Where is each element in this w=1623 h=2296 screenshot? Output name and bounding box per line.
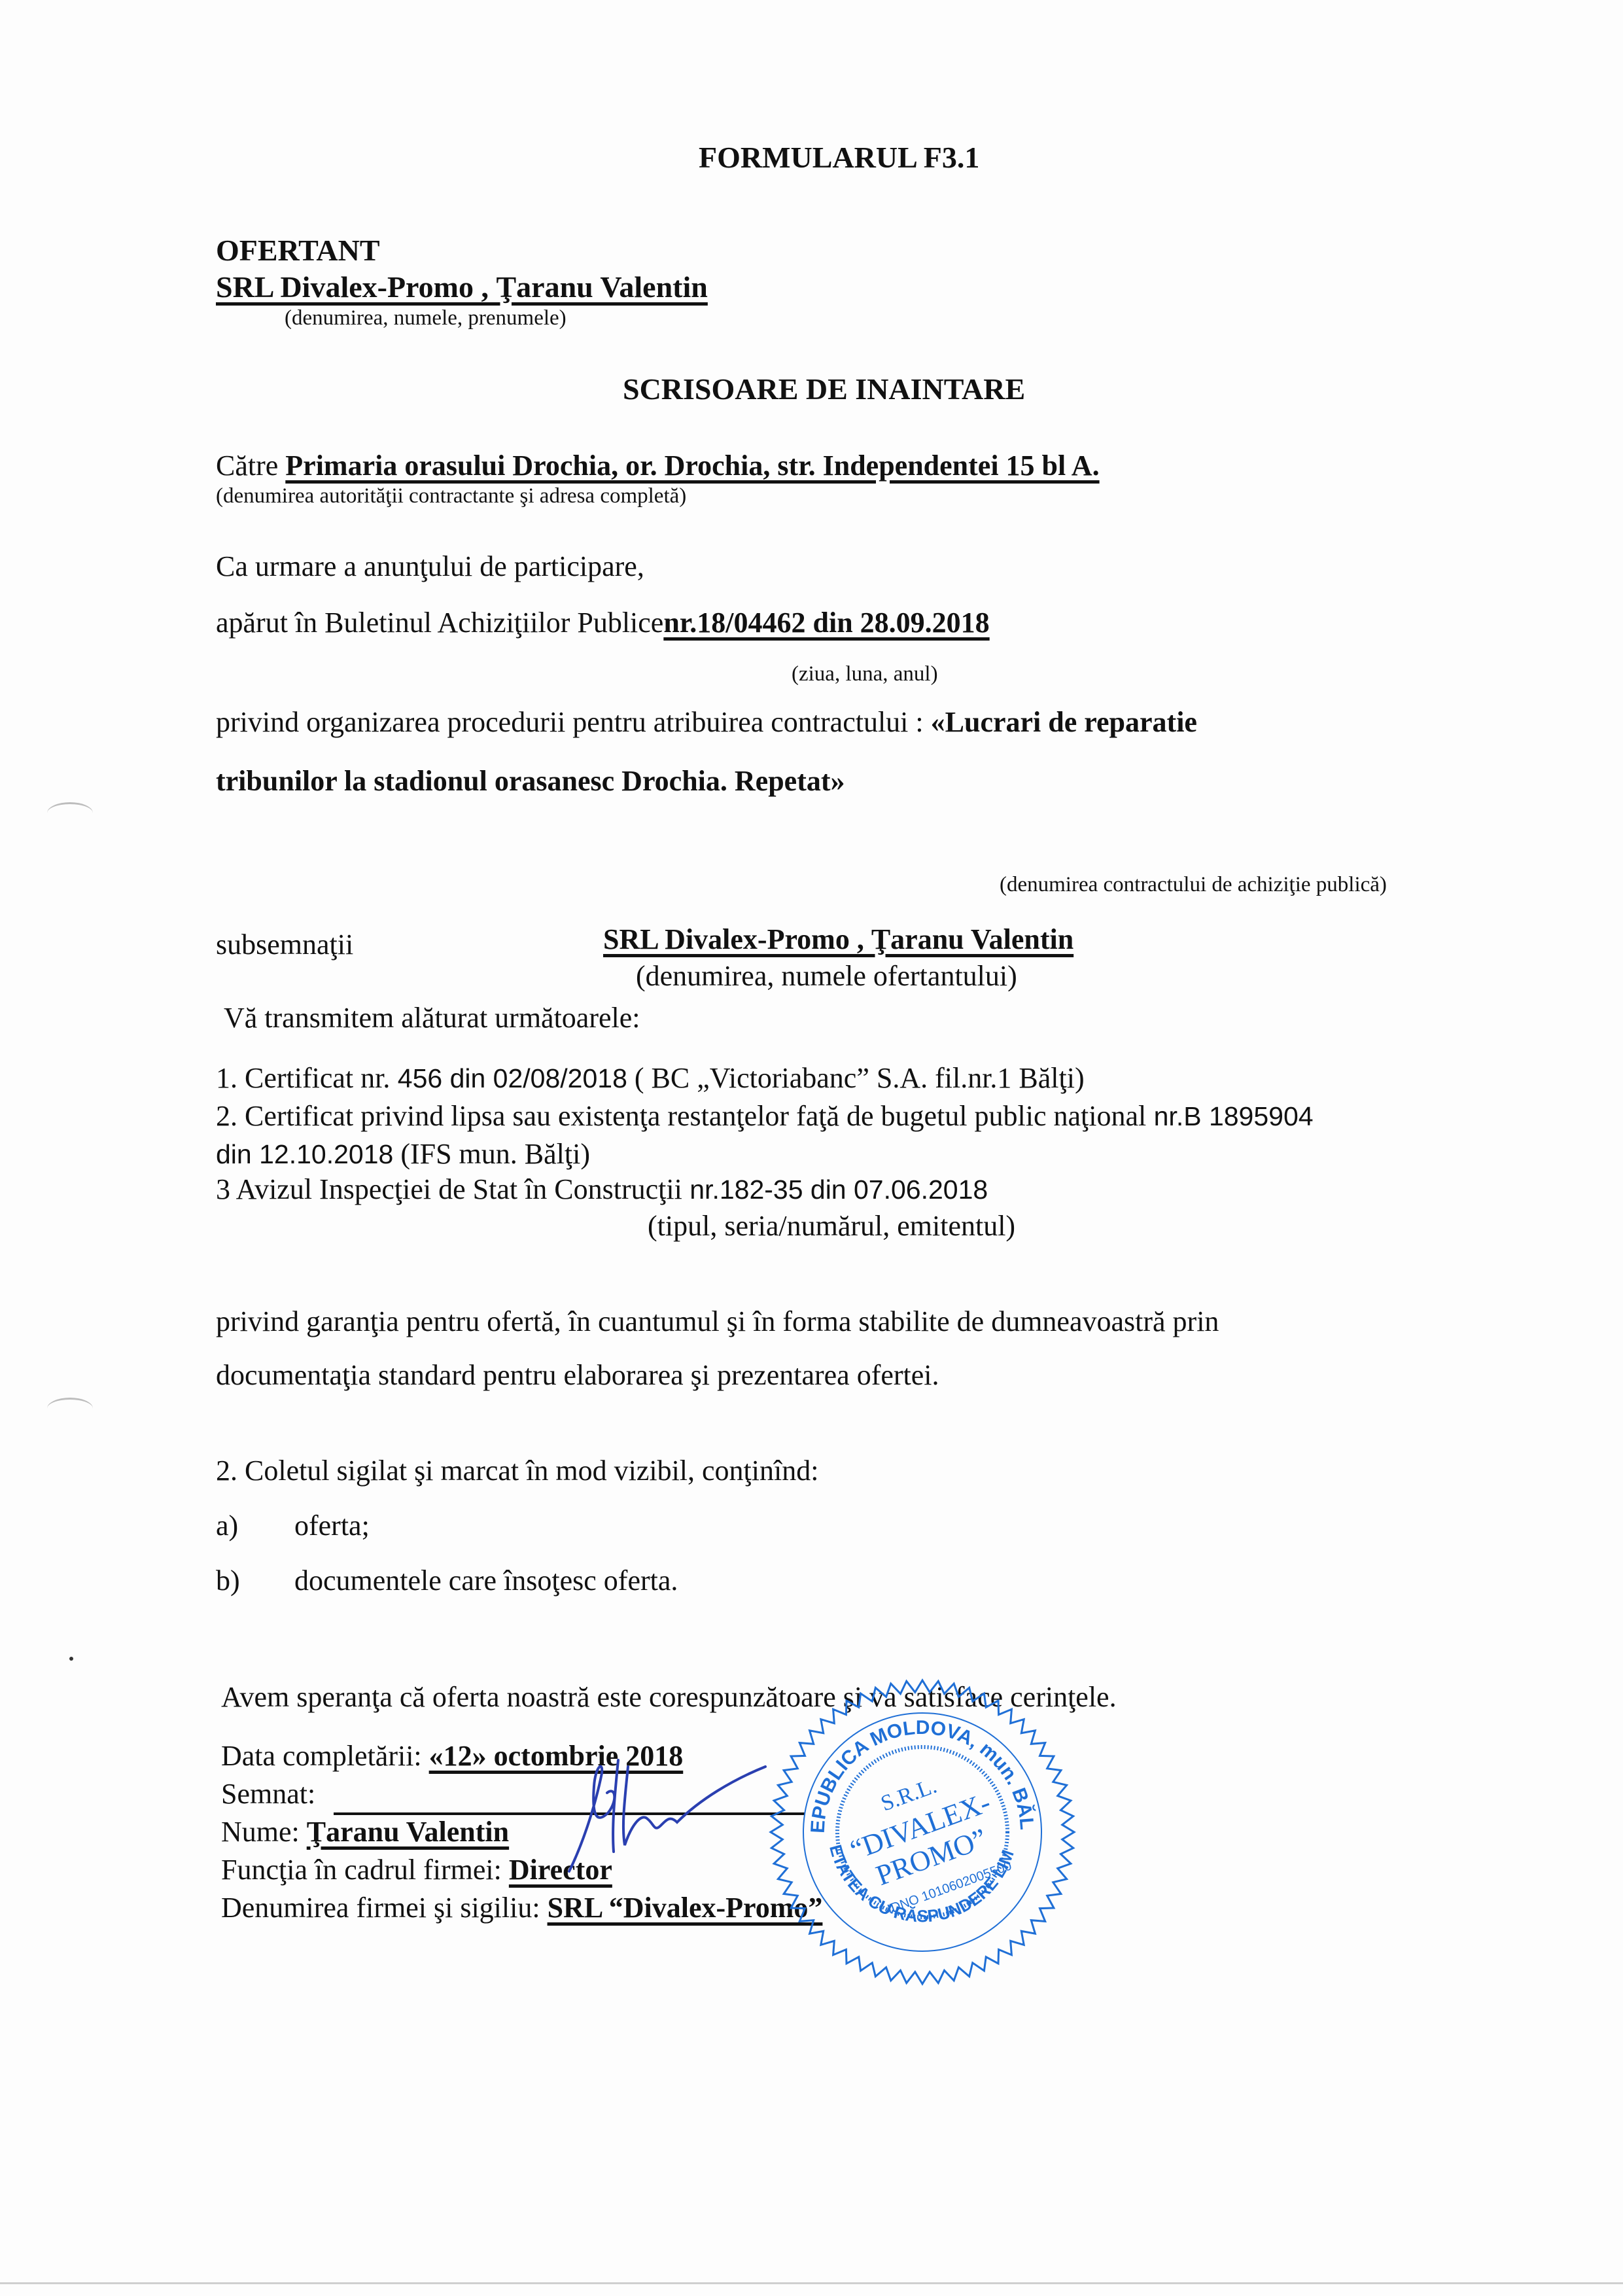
procedure-prefix: privind organizarea procedurii pentru at… (216, 706, 931, 738)
name-value: Ţaranu Valentin (307, 1816, 509, 1848)
scan-speck (69, 1657, 73, 1661)
addressee-prefix: Către (216, 450, 278, 482)
transmit-line: Vă transmitem alăturat următoarele: (224, 1004, 640, 1033)
bulletin-number: nr.18/04462 din 28.09.2018 (663, 607, 989, 639)
bidder-name: SRL Divalex-Promo , Ţaranu Valentin (216, 272, 708, 302)
guarantee-line2: documentaţia standard pentru elaborarea … (216, 1361, 939, 1390)
bulletin-prefix: apărut în Buletinul Achiziţiilor Publice (216, 607, 663, 639)
package-item-marker: b) (216, 1566, 240, 1595)
package-heading: 2. Coletul sigilat şi marcat în mod vizi… (216, 1457, 818, 1485)
document-item: 3 Avizul Inspecţiei de Stat în Construcţ… (216, 1175, 988, 1204)
document-item-continued: din 12.10.2018 (IFS mun. Bălţi) (216, 1140, 590, 1169)
undersigned-label: subsemnaţii (216, 930, 353, 959)
undersigned-hint: (denumirea, numele ofertantului) (636, 962, 1017, 991)
contract-name-part1: «Lucrari de reparatie (931, 706, 1197, 738)
document-item: 2. Certificat privind lipsa sau existenţ… (216, 1102, 1314, 1131)
addressee-value: Primaria orasului Drochia, or. Drochia, … (285, 450, 1099, 482)
name-label: Nume: (221, 1816, 300, 1848)
date-hint: (ziua, luna, anul) (792, 663, 938, 685)
guarantee-line1: privind garanţia pentru ofertă, în cuant… (216, 1307, 1219, 1336)
role-label: Funcţia în cadrul firmei: (221, 1854, 502, 1886)
company-row: Denumirea firmei şi sigiliu: SRL “Divale… (221, 1894, 822, 1922)
document-page: FORMULARUL F3.1 OFERTANT SRL Divalex-Pro… (0, 0, 1623, 2296)
punch-hole-mark (47, 1398, 93, 1419)
document-title: SCRISOARE DE INAINTARE (623, 374, 1025, 404)
date-label: Data completării: (221, 1740, 422, 1772)
document-item: 1. Certificat nr. 456 din 02/08/2018 ( B… (216, 1064, 1085, 1093)
company-label: Denumirea firmei şi sigiliu: (221, 1892, 540, 1924)
announcement-line3: privind organizarea procedurii pentru at… (216, 708, 1197, 737)
package-item-marker: a) (216, 1511, 238, 1540)
contract-hint: (denumirea contractului de achiziţie pub… (1000, 874, 1387, 896)
page-bottom-edge (0, 2282, 1623, 2284)
addressee-hint: (denumirea autorităţii contractante şi a… (216, 486, 686, 507)
documents-hint: (tipul, seria/numărul, emitentul) (648, 1212, 1015, 1241)
contract-name-part2: tribunilor la stadionul orasanesc Drochi… (216, 767, 845, 796)
punch-hole-mark (47, 802, 93, 824)
company-stamp: REPUBLICA MOLDOVA, mun. BĂLŢI SOCIETATEA… (765, 1675, 1079, 1989)
announcement-line1: Ca urmare a anunţului de participare, (216, 552, 644, 581)
role-row: Funcţia în cadrul firmei: Director (221, 1856, 612, 1884)
package-item: documentele care însoţesc oferta. (294, 1566, 678, 1595)
addressee-line: Către Primaria orasului Drochia, or. Dro… (216, 451, 1100, 480)
name-row: Nume: Ţaranu Valentin (221, 1818, 509, 1846)
undersigned-value: SRL Divalex-Promo , Ţaranu Valentin (603, 925, 1073, 954)
bidder-hint: (denumirea, numele, prenumele) (285, 308, 567, 329)
package-item: oferta; (294, 1511, 370, 1540)
signed-label: Semnat: (221, 1780, 315, 1809)
handwritten-signature (556, 1747, 772, 1878)
bidder-label: OFERTANT (216, 236, 380, 266)
form-code: FORMULARUL F3.1 (699, 143, 979, 173)
announcement-line2: apărut în Buletinul Achiziţiilor Publice… (216, 609, 990, 637)
